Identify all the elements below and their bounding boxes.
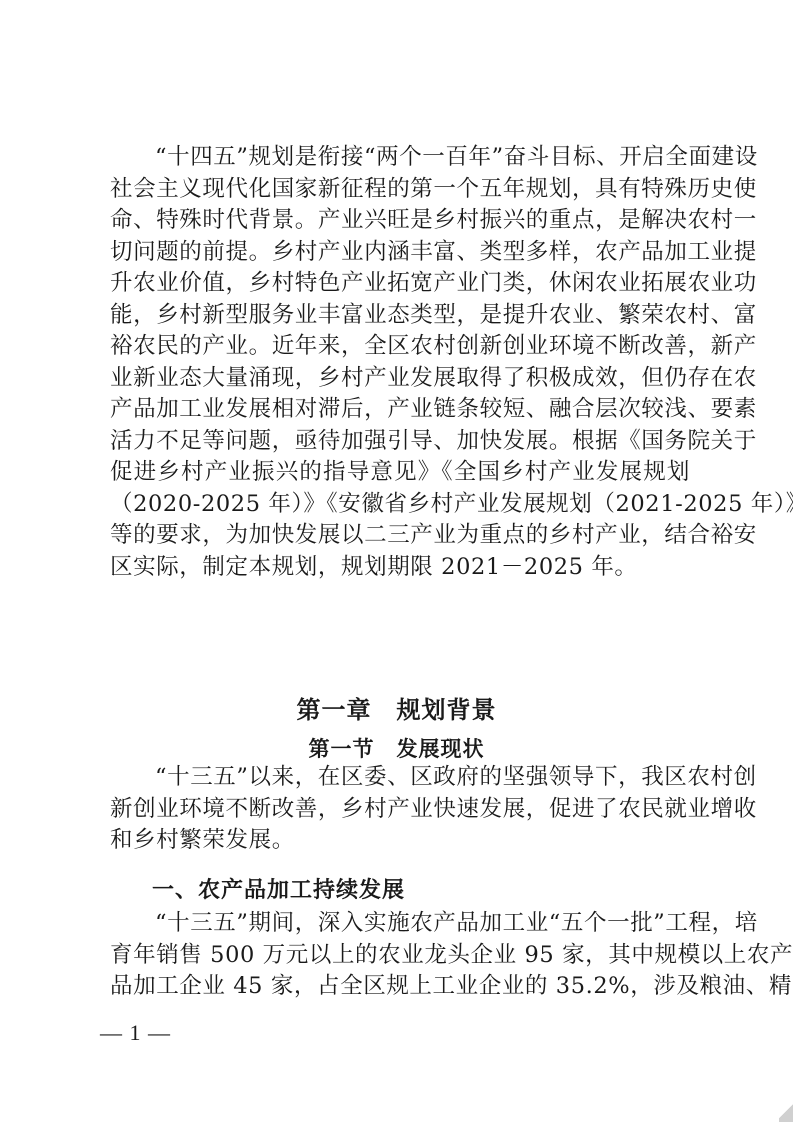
text-line: 社会主义现代化国家新征程的第一个五年规划，具有特殊历史使 [110, 174, 690, 206]
text-line: 区实际，制定本规划，规划期限 2021－2025 年。 [110, 552, 690, 584]
text-line: 品加工企业 45 家，占全区规上工业企业的 35.2%，涉及粮油、精 [110, 971, 690, 1003]
text-line: 活力不足等问题，亟待加强引导、加快发展。根据《国务院关于 [110, 426, 690, 458]
subsection-title: 一、农产品加工持续发展 [152, 873, 405, 904]
intro-paragraph: “十四五”规划是衔接“两个一百年”奋斗目标、开启全面建设 社会主义现代化国家新征… [110, 142, 690, 583]
page-number: — 1 — [100, 1020, 171, 1046]
text-line: 升农业价值，乡村特色产业拓宽产业门类，休闲农业拓展农业功 [110, 268, 690, 300]
text-line: 新创业环境不断改善，乡村产业快速发展，促进了农民就业增收 [110, 794, 690, 826]
text-line: 产品加工业发展相对滞后，产业链条较短、融合层次较浅、要素 [110, 394, 690, 426]
text-line: “十三五”以来，在区委、区政府的坚强领导下，我区农村创 [110, 762, 690, 794]
section-paragraph: “十三五”以来，在区委、区政府的坚强领导下，我区农村创 新创业环境不断改善，乡村… [110, 762, 690, 857]
text-line: 等的要求，为加快发展以二三产业为重点的乡村产业，结合裕安 [110, 520, 690, 552]
text-line: 能，乡村新型服务业丰富业态类型，是提升农业、繁荣农村、富 [110, 300, 690, 332]
scan-corner-mark [779, 1100, 793, 1122]
document-page: “十四五”规划是衔接“两个一百年”奋斗目标、开启全面建设 社会主义现代化国家新征… [0, 0, 793, 1122]
text-line: 业新业态大量涌现，乡村产业发展取得了积极成效，但仍存在农 [110, 363, 690, 395]
text-line: “十四五”规划是衔接“两个一百年”奋斗目标、开启全面建设 [110, 142, 690, 174]
text-line: 促进乡村产业振兴的指导意见》《全国乡村产业发展规划 [110, 457, 690, 489]
text-line: 育年销售 500 万元以上的农业龙头企业 95 家，其中规模以上农产 [110, 940, 690, 972]
text-line: 切问题的前提。乡村产业内涵丰富、类型多样，农产品加工业提 [110, 237, 690, 269]
text-line: “十三五”期间，深入实施农产品加工业“五个一批”工程，培 [110, 908, 690, 940]
text-line: 命、特殊时代背景。产业兴旺是乡村振兴的重点，是解决农村一 [110, 205, 690, 237]
text-line: （2020-2025 年）》《安徽省乡村产业发展规划（2021-2025 年）》 [110, 489, 690, 521]
section-title: 第一节 发展现状 [0, 733, 793, 763]
chapter-title: 第一章 规划背景 [0, 690, 793, 725]
text-line: 裕农民的产业。近年来，全区农村创新创业环境不断改善，新产 [110, 331, 690, 363]
subsection-paragraph: “十三五”期间，深入实施农产品加工业“五个一批”工程，培 育年销售 500 万元… [110, 908, 690, 1003]
text-line: 和乡村繁荣发展。 [110, 825, 690, 857]
